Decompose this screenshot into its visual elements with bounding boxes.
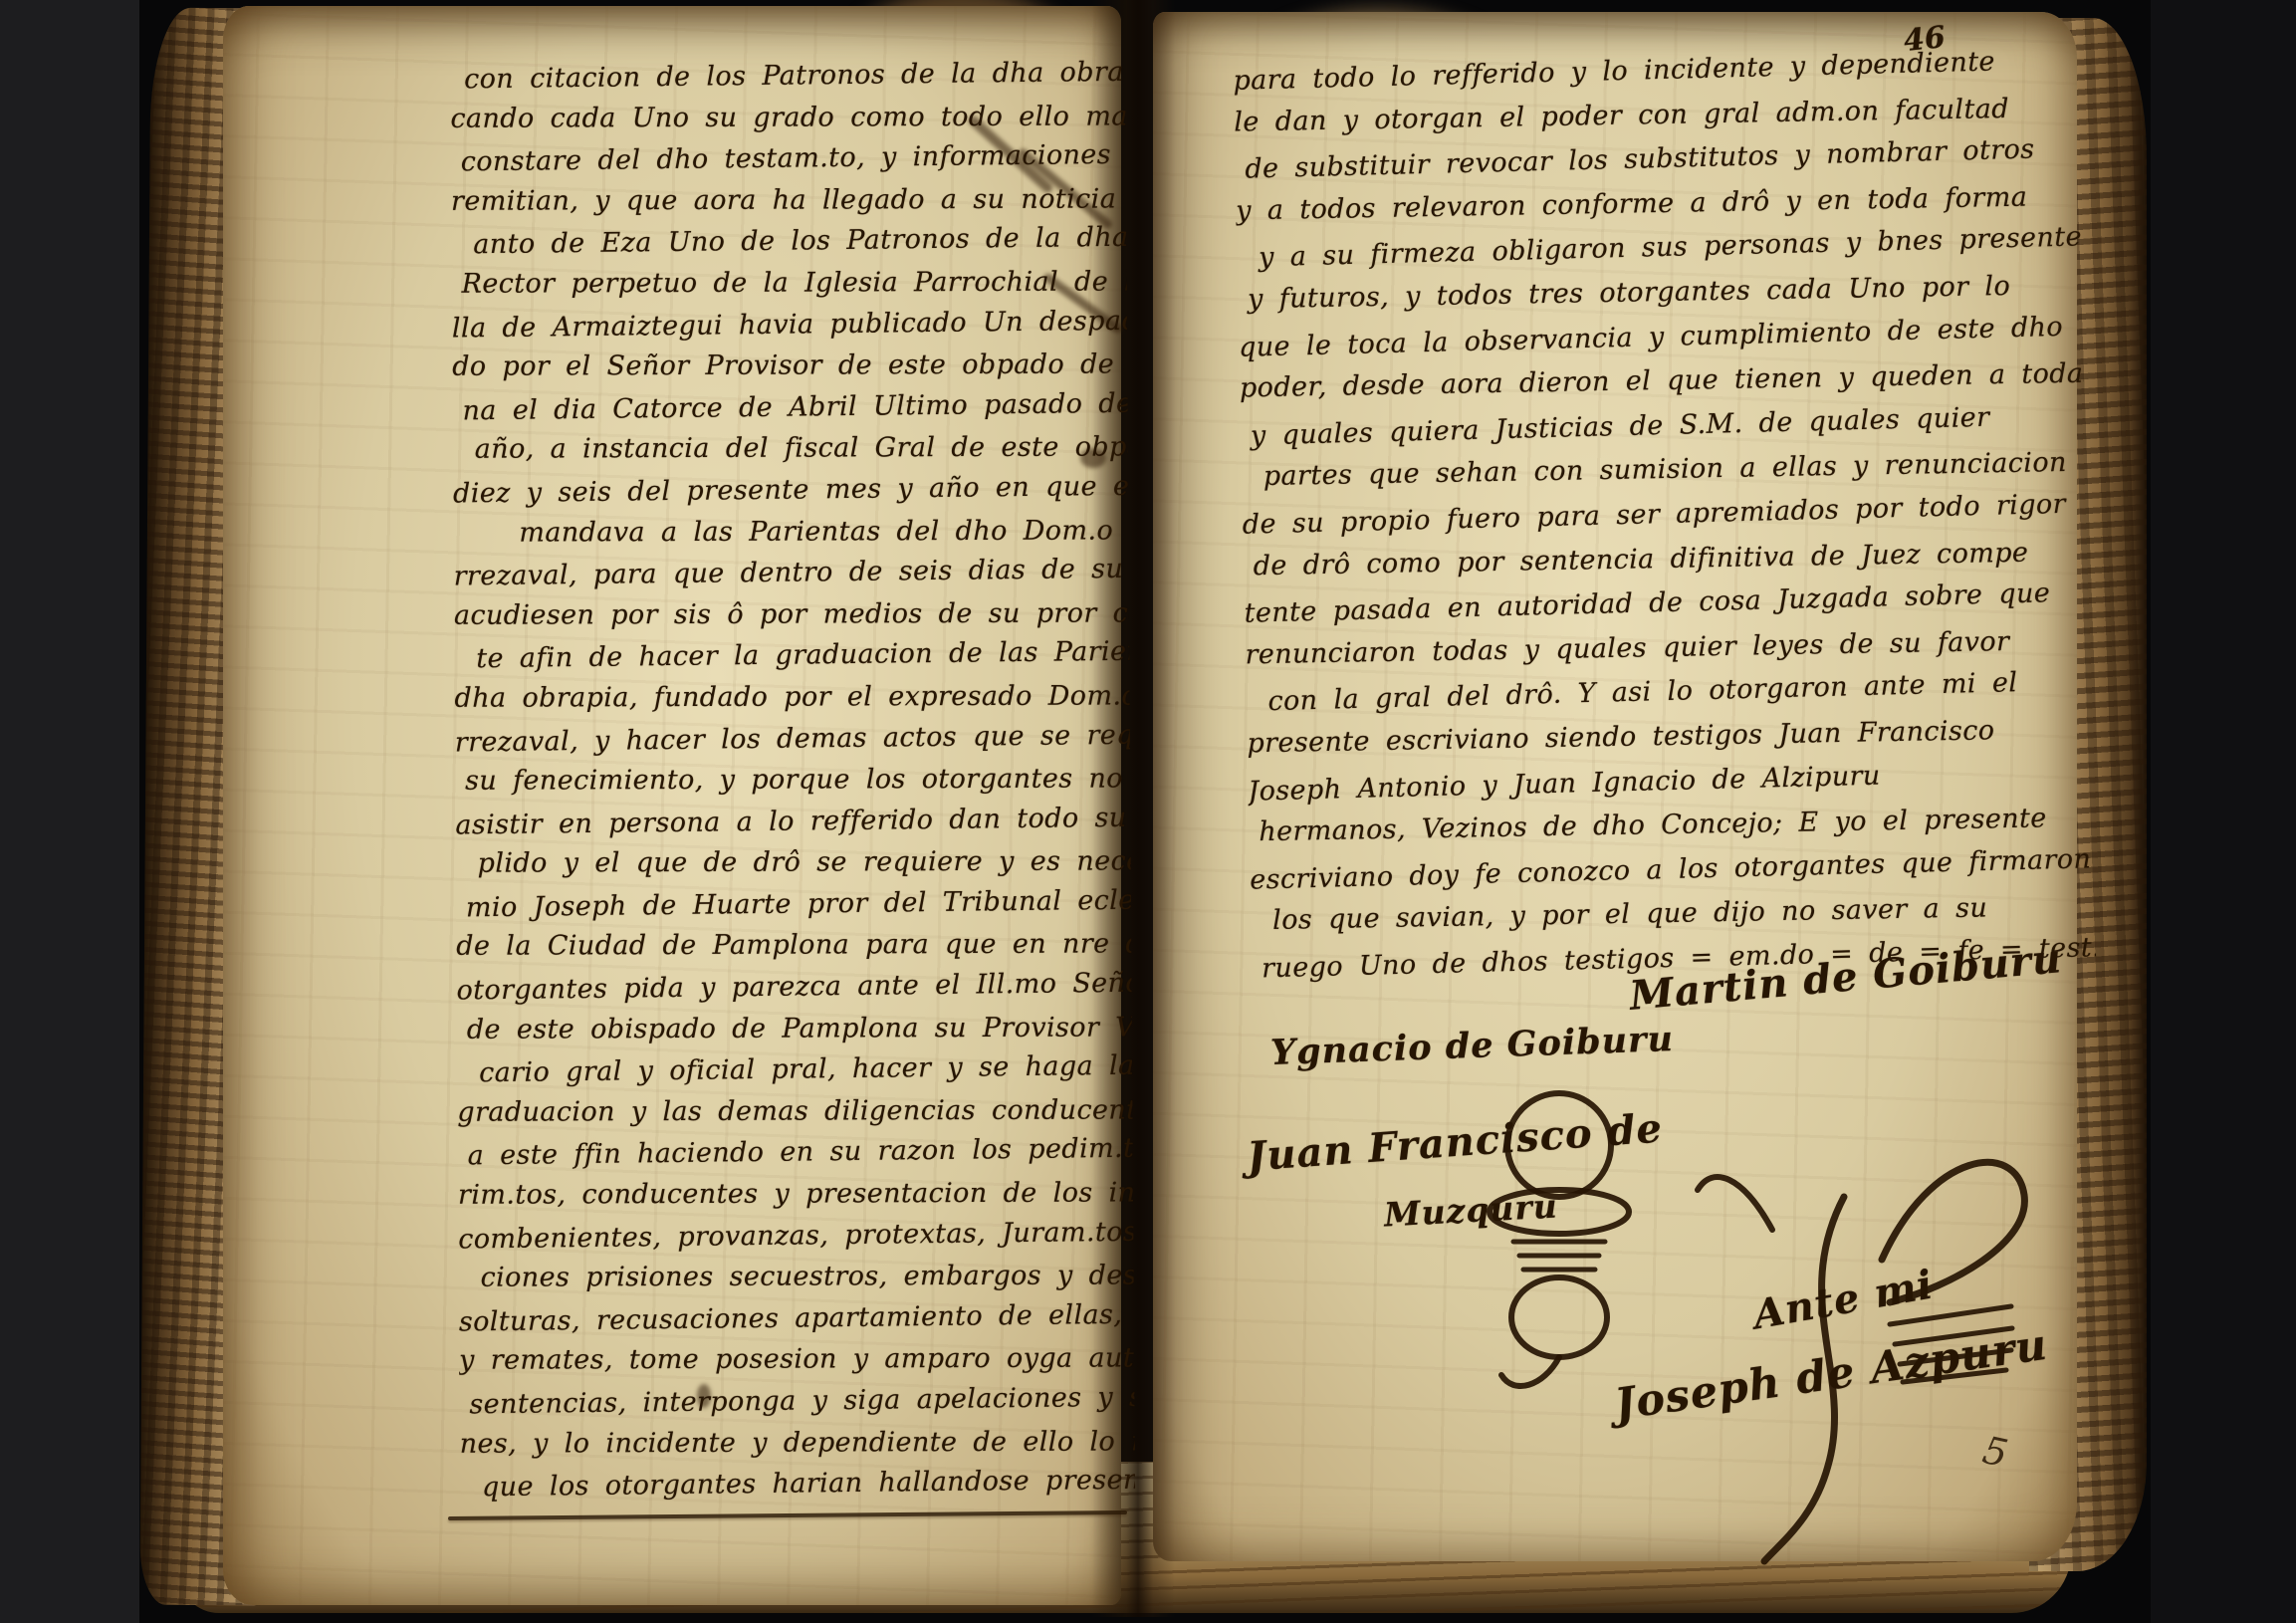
manuscript-line: ciones prisiones secuestros, embargos y …	[458, 1256, 1133, 1299]
manuscript-line: te afin de hacer la graduacion de las Pa…	[454, 631, 1129, 680]
right-page-text: para todo lo refferido y lo incidente y …	[1233, 40, 2097, 1006]
manuscript-line: rrezaval, para que dentro de seis dias d…	[453, 549, 1128, 597]
manuscript-line: diez y seis del presente mes y año en qu…	[453, 466, 1128, 515]
manuscript-line: de la Ciudad de Pamplona para que en nre…	[456, 924, 1131, 968]
manuscript-line: a este ffin haciendo en su razon los ped…	[457, 1128, 1132, 1177]
manuscript-line: anto de Eza Uno de los Patronos de la dh…	[451, 217, 1126, 266]
manuscript-line: constare del dho testam.to, y informacio…	[451, 134, 1126, 183]
manuscript-line: remitian, y que aora ha llegado a su not…	[451, 178, 1126, 222]
folio-number: 46	[1902, 20, 1947, 59]
manuscript-line: año, a instancia del fiscal Gral de este…	[453, 427, 1128, 471]
manuscript-line: solturas, recusaciones apartamiento de e…	[459, 1294, 1134, 1343]
manuscript-line: graduacion y las demas diligencias condu…	[457, 1089, 1132, 1133]
manuscript-line: su fenecimiento, y porque los otorgantes…	[455, 759, 1130, 803]
manuscript-line: con citacion de los Patronos de la dha o…	[450, 53, 1125, 101]
manuscript-line: acudiesen por sis ô por medios de su pro…	[454, 592, 1129, 636]
background-left-strip	[0, 0, 139, 1623]
manuscript-line: que los otorgantes harian hallandose pre…	[460, 1460, 1135, 1508]
manuscript-line: Rector perpetuo de la Iglesia Parrochial…	[452, 261, 1127, 305]
manuscript-line: sentencias, interponga y siga apelacione…	[459, 1377, 1134, 1426]
manuscript-line: rrezaval, y hacer los demas actos que se…	[455, 714, 1130, 763]
manuscript-line: cario gral y oficial pral, hacer y se ha…	[457, 1045, 1132, 1094]
manuscript-line: nes, y lo incidente y dependiente de ell…	[460, 1421, 1135, 1465]
left-page-text: con citacion de los Patronos de la dha o…	[450, 53, 1135, 1513]
manuscript-line: otorgantes pida y parezca ante el Ill.mo…	[456, 963, 1131, 1012]
manuscript-line: cando cada Uno su grado como todo ello m…	[450, 96, 1125, 139]
manuscript-line: mandava a las Parientas del dho Dom.o de…	[453, 510, 1128, 554]
manuscript-line: na el dia Catorce de Abril Ultimo pasado…	[452, 383, 1127, 432]
manuscript-line: plido y el que de drô se requiere y es n…	[456, 841, 1131, 885]
manuscript-line: do por el Señor Provisor de este obpado …	[452, 345, 1127, 388]
manuscript-line: rim.tos, conducentes y presentacion de l…	[458, 1172, 1133, 1216]
manuscript-photo: con citacion de los Patronos de la dha o…	[0, 0, 2296, 1623]
manuscript-line: asistir en persona a lo refferido dan to…	[455, 797, 1130, 845]
manuscript-line: y remates, tome posesion y amparo oyga a…	[459, 1338, 1134, 1382]
manuscript-line: mio Joseph de Huarte pror del Tribunal e…	[456, 880, 1131, 929]
manuscript-line: de este obispado de Pamplona su Provisor…	[457, 1007, 1132, 1050]
manuscript-line: combenientes, provanzas, protextas, Jura…	[458, 1211, 1133, 1260]
manuscript-line: lla de Armaiztegui havia publicado Un de…	[452, 300, 1127, 348]
background-right-strip	[2151, 0, 2296, 1623]
manuscript-line: dha obrapia, fundado por el expresado Do…	[454, 675, 1129, 719]
